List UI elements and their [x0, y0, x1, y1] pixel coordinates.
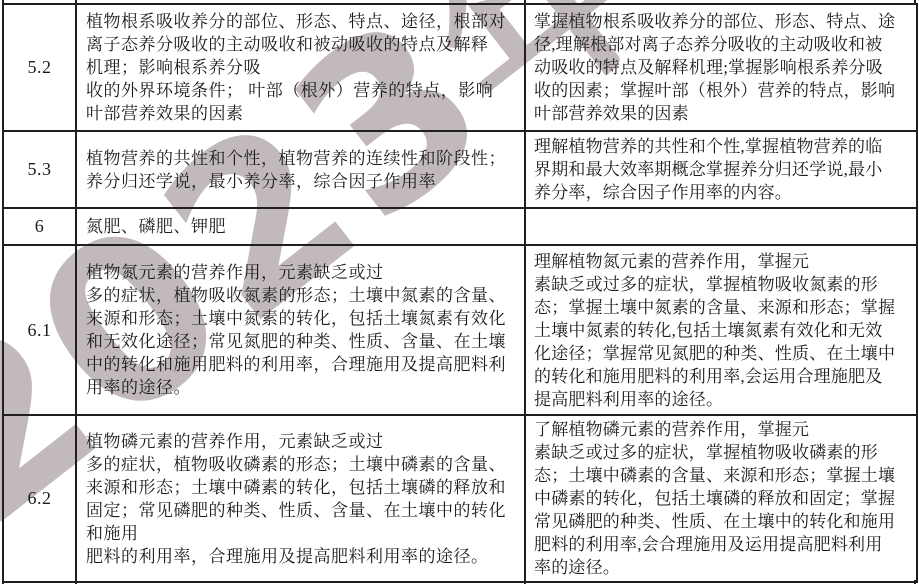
table-row: 5.3 植物营养的共性和个性，植物营养的连续性和阶段性； 养分归还学说，最小养分…	[3, 131, 917, 208]
section-number: 6.1	[3, 245, 76, 415]
table-gridline-stub	[75, 0, 77, 3]
requirement-cell: 了解植物磷元素的营养作用，掌握元 素缺乏或过多的症状，掌握植物吸收磷素的形 态；…	[525, 415, 917, 582]
section-number: 5.2	[3, 4, 76, 131]
table-gridline-stub	[2, 0, 4, 3]
document-stage: 2023年专 5.2 植物根系吸收养分的部位、形态、特点、途径，根部对 离子态养…	[0, 0, 919, 584]
table-gridline-stub	[914, 0, 916, 3]
table-gridline-stub	[914, 580, 916, 584]
section-number: 5.3	[3, 131, 76, 208]
table-row: 6.2 植物磷元素的营养作用，元素缺乏或过 多的症状，植物吸收磷素的形态；土壤中…	[3, 415, 917, 582]
document-page: { "watermark": { "text": "2023年专", "colo…	[0, 0, 919, 584]
table-row: 6 氮肥、磷肥、钾肥	[3, 208, 917, 245]
syllabus-table: 5.2 植物根系吸收养分的部位、形态、特点、途径，根部对 离子态养分吸收的主动吸…	[2, 3, 918, 583]
content-cell: 植物氮元素的营养作用，元素缺乏或过 多的症状，植物吸收氮素的形态；土壤中氮素的含…	[76, 245, 525, 415]
content-cell: 植物根系吸收养分的部位、形态、特点、途径，根部对 离子态养分吸收的主动吸收和被动…	[76, 4, 525, 131]
content-cell: 氮肥、磷肥、钾肥	[76, 208, 525, 245]
table-row: 6.1 植物氮元素的营养作用，元素缺乏或过 多的症状，植物吸收氮素的形态；土壤中…	[3, 245, 917, 415]
content-cell: 植物磷元素的营养作用，元素缺乏或过 多的症状，植物吸收磷素的形态；土壤中磷素的含…	[76, 415, 525, 582]
table-gridline-stub	[75, 580, 77, 584]
table-gridline-stub	[2, 580, 4, 584]
table-gridline-stub	[524, 0, 526, 3]
requirement-cell: 理解植物营养的共性和个性,掌握植物营养的临 界期和最大效率期概念掌握养分归还学说…	[525, 131, 917, 208]
requirement-cell: 掌握植物根系吸收养分的部位、形态、特点、途 径,理解根部对离子态养分吸收的主动吸…	[525, 4, 917, 131]
section-number: 6.2	[3, 415, 76, 582]
table-gridline-stub	[524, 580, 526, 584]
requirement-cell	[525, 208, 917, 245]
content-cell: 植物营养的共性和个性，植物营养的连续性和阶段性； 养分归还学说，最小养分率，综合…	[76, 131, 525, 208]
requirement-cell: 理解植物氮元素的营养作用，掌握元 素缺乏或过多的症状，掌握植物吸收氮素的形 态；…	[525, 245, 917, 415]
table-row: 5.2 植物根系吸收养分的部位、形态、特点、途径，根部对 离子态养分吸收的主动吸…	[3, 4, 917, 131]
section-number: 6	[3, 208, 76, 245]
